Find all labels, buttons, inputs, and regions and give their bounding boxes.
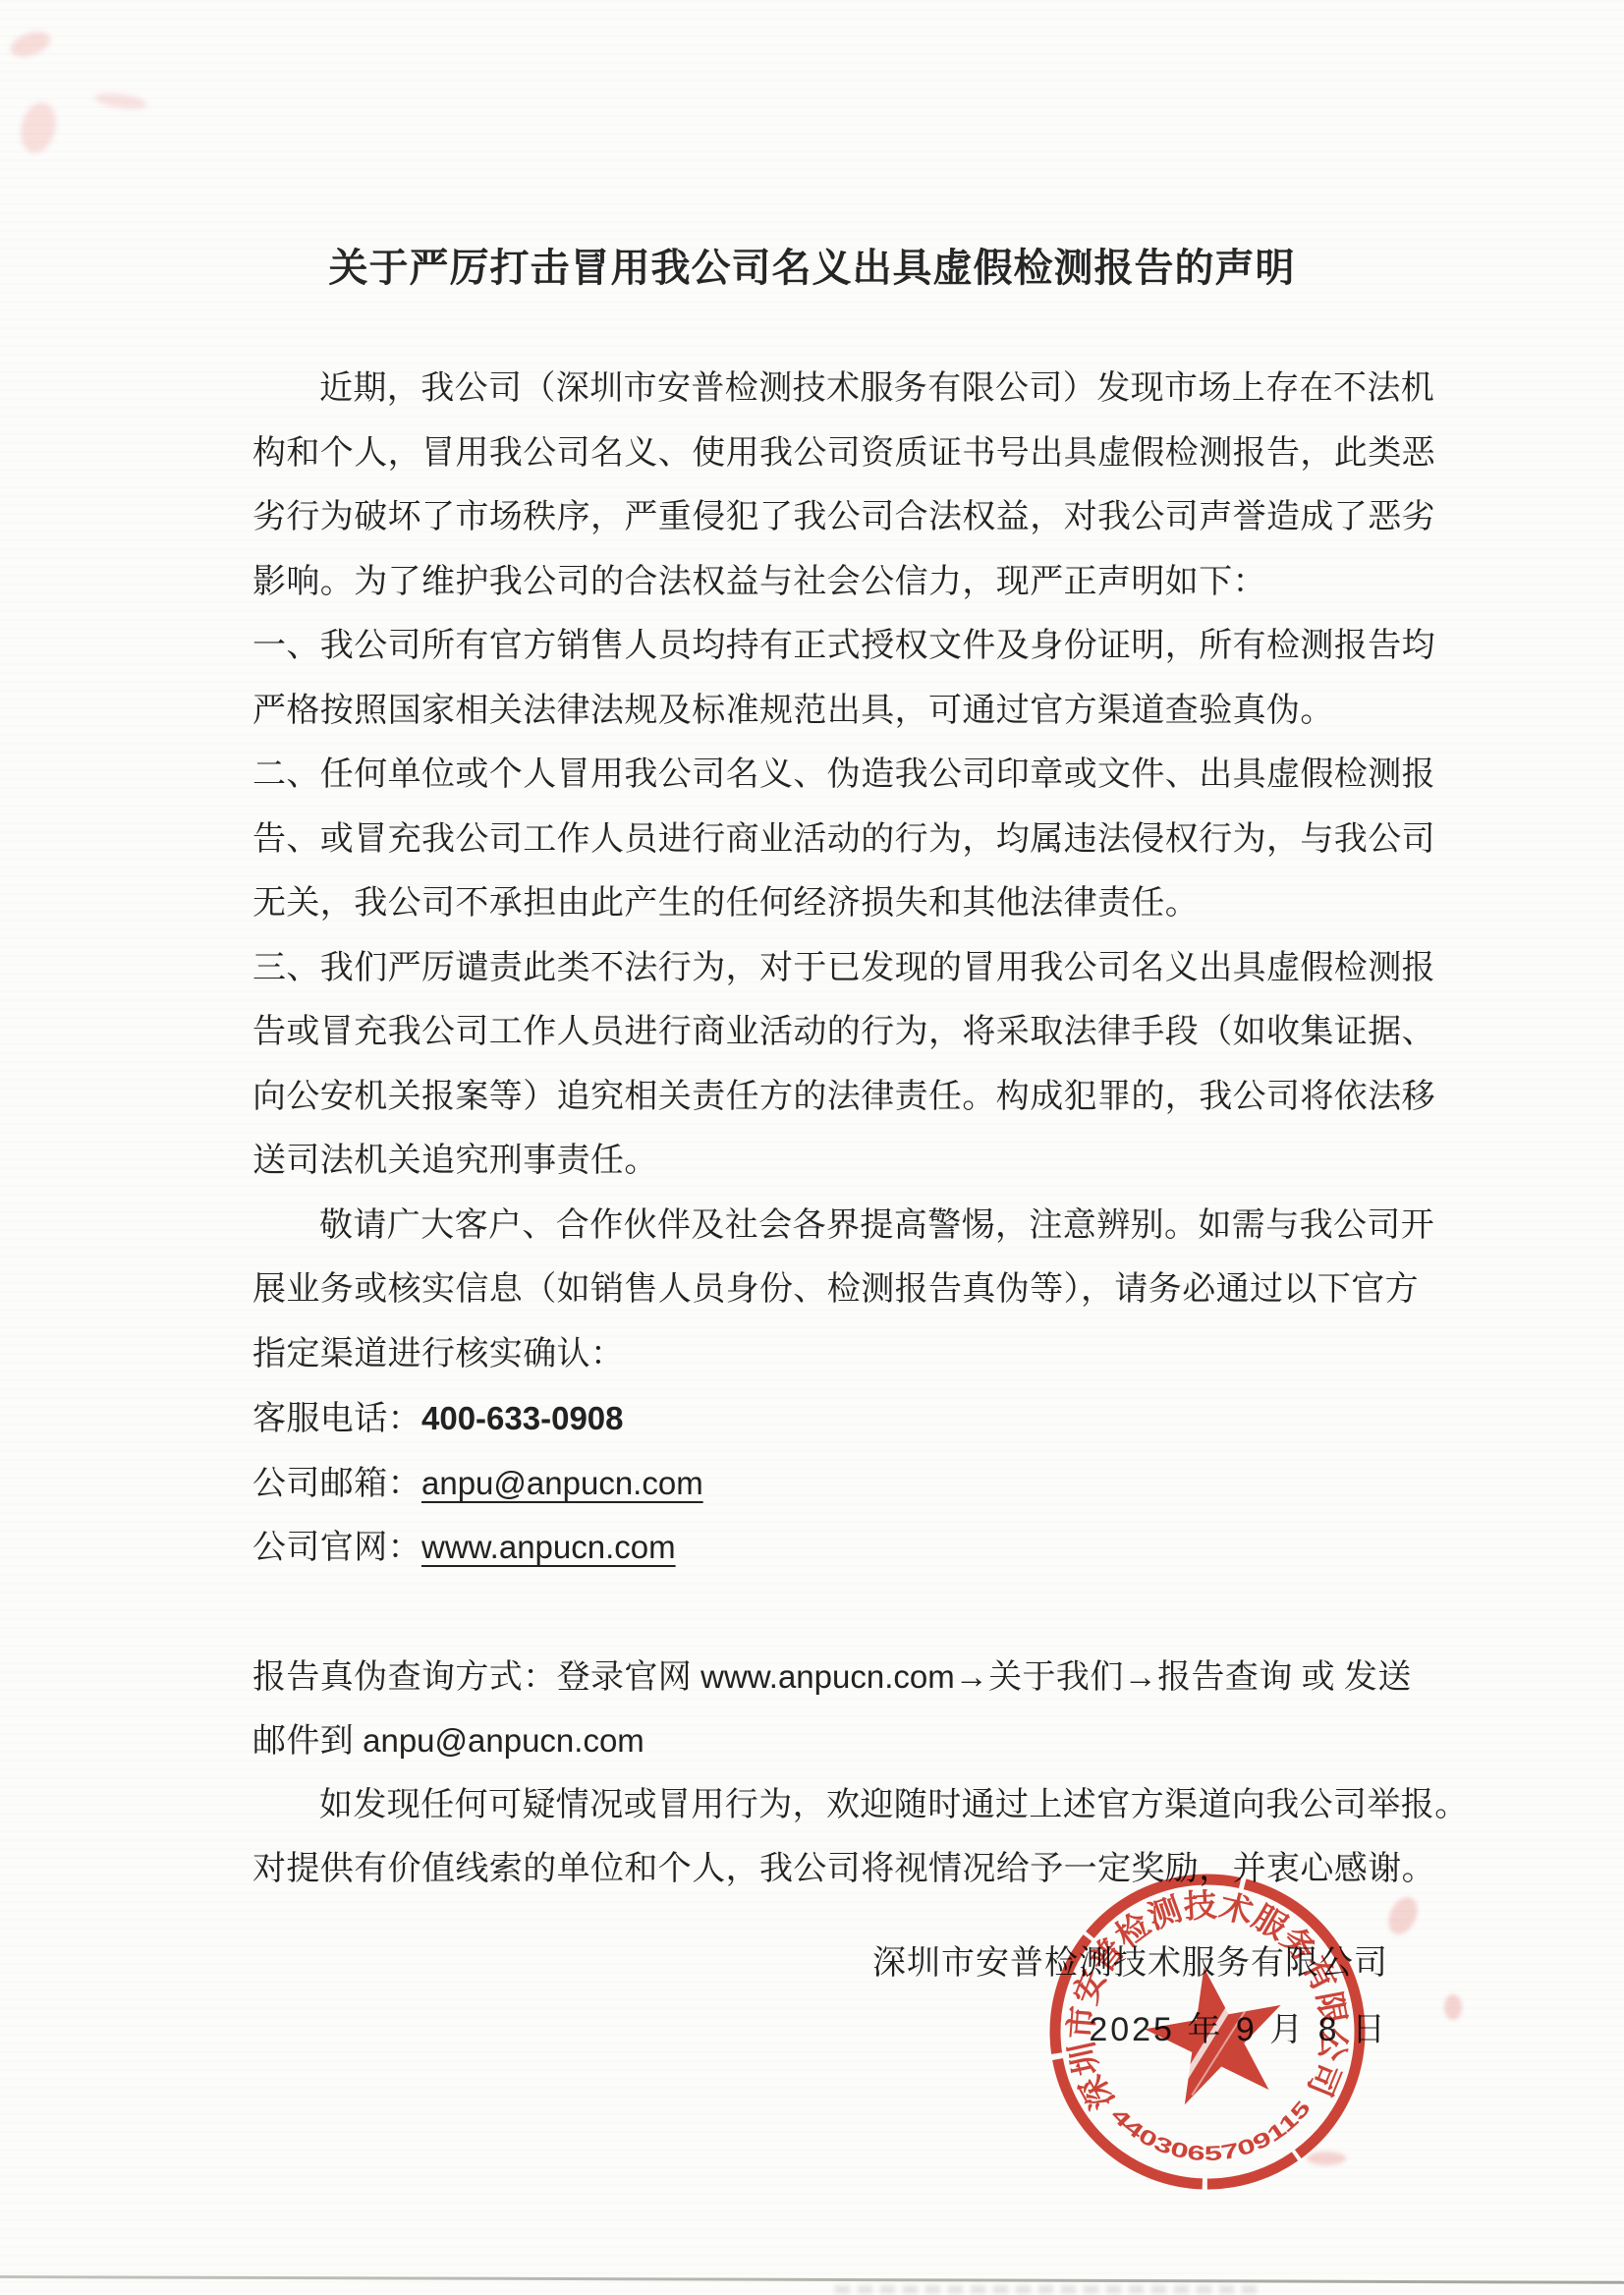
text-line: 影响。为了维护我公司的合法权益与社会公信力，现严正声明如下： — [252, 550, 1481, 615]
document-body: 近期，我公司（深圳市安普检测技术服务有限公司）发现市场上存在不法机 构和个人，冒… — [252, 357, 1481, 1902]
text-line: 对提供有价值线索的单位和个人，我公司将视情况给予一定奖励，并衷心感谢。 — [252, 1837, 1481, 1902]
text-line: 邮件到 anpu@anpucn.com — [252, 1708, 1481, 1773]
text-line: 展业务或核实信息（如销售人员身份、检测报告真伪等），请务必通过以下官方 — [252, 1258, 1481, 1322]
text-run: 一、我公司所有官方销售人员均持有正式授权文件及身份证明，所有检测报告均 — [252, 628, 1435, 664]
scan-ink-smudge — [93, 90, 147, 111]
text-line: 指定渠道进行核实确认： — [252, 1322, 1481, 1387]
text-line: 送司法机关追究刑事责任。 — [252, 1129, 1481, 1194]
text-line: 公司邮箱：anpu@anpucn.com — [252, 1451, 1481, 1516]
text-line: 告或冒充我公司工作人员进行商业活动的行为，将采取法律手段（如收集证据、 — [252, 1000, 1481, 1065]
text-run: 告或冒充我公司工作人员进行商业活动的行为，将采取法律手段（如收集证据、 — [252, 1014, 1435, 1050]
scan-ghost-marks — [835, 2285, 1258, 2294]
text-line: 公司官网：www.anpucn.com — [252, 1515, 1481, 1580]
text-run: 影响。为了维护我公司的合法权益与社会公信力，现严正声明如下： — [252, 564, 1266, 600]
text-run: 向公安机关报案等）追究相关责任方的法律责任。构成犯罪的，我公司将依法移 — [252, 1079, 1435, 1115]
text-line: 报告真伪查询方式：登录官网 www.anpucn.com→关于我们→报告查询 或… — [252, 1645, 1481, 1709]
text-line: 如发现任何可疑情况或冒用行为，欢迎随时通过上述官方渠道向我公司举报。 — [252, 1773, 1481, 1838]
text-run: 邮件到 — [252, 1723, 363, 1760]
text-run: 无关，我公司不承担由此产生的任何经济损失和其他法律责任。 — [252, 885, 1199, 922]
text-run: 三、我们严厉谴责此类不法行为，对于已发现的冒用我公司名义出具虚假检测报 — [252, 950, 1435, 986]
text-line: 严格按照国家相关法律法规及标准规范出具，可通过官方渠道查验真伪。 — [252, 679, 1481, 744]
seal-number-text: 4403065709115 — [1106, 2096, 1317, 2169]
signature-block: 深圳市安普检测技术服务有限公司 2025 年 9 月 8 日 — [872, 1931, 1388, 2063]
text-run: 400-633-0908 — [421, 1400, 624, 1436]
text-line: 向公安机关报案等）追究相关责任方的法律责任。构成犯罪的，我公司将依法移 — [252, 1065, 1481, 1130]
text-run: 客服电话： — [252, 1401, 421, 1437]
text-run: www.anpucn.com — [700, 1658, 955, 1695]
scan-ink-smudge — [8, 27, 54, 61]
text-line: 客服电话：400-633-0908 — [252, 1386, 1481, 1451]
text-run: 公司官网： — [252, 1530, 421, 1566]
signature-date: 2025 年 9 月 8 日 — [872, 1996, 1388, 2063]
text-run: 报告真伪查询方式：登录官网 — [252, 1659, 700, 1696]
text-run: anpu@anpucn.com — [363, 1722, 644, 1759]
text-run: 告、或冒充我公司工作人员进行商业活动的行为，均属违法侵权行为，与我公司 — [252, 821, 1435, 858]
scan-ink-speckle — [1307, 2152, 1346, 2165]
text-run: 公司邮箱： — [252, 1466, 421, 1502]
text-run: www.anpucn.com — [421, 1529, 676, 1565]
text-line: 二、任何单位或个人冒用我公司名义、伪造我公司印章或文件、出具虚假检测报 — [252, 743, 1481, 808]
scan-ink-speckle — [1444, 1994, 1462, 2020]
text-run: →关于我们→报告查询 或 发送 — [955, 1659, 1412, 1696]
text-run: 构和个人，冒用我公司名义、使用我公司资质证书号出具虚假检测报告，此类恶 — [252, 435, 1435, 472]
text-run: 送司法机关追究刑事责任。 — [252, 1143, 658, 1179]
text-line: 构和个人，冒用我公司名义、使用我公司资质证书号出具虚假检测报告，此类恶 — [252, 421, 1481, 486]
text-line: 一、我公司所有官方销售人员均持有正式授权文件及身份证明，所有检测报告均 — [252, 614, 1481, 679]
signature-company-name: 深圳市安普检测技术服务有限公司 — [872, 1931, 1388, 1996]
text-line: 近期，我公司（深圳市安普检测技术服务有限公司）发现市场上存在不法机 — [252, 357, 1481, 421]
page-bottom-edge — [0, 2275, 1624, 2284]
text-run: 指定渠道进行核实确认： — [252, 1336, 624, 1372]
text-run: 劣行为破坏了市场秩序，严重侵犯了我公司合法权益，对我公司声誉造成了恶劣 — [252, 499, 1435, 535]
text-run: 如发现任何可疑情况或冒用行为，欢迎随时通过上述官方渠道向我公司举报。 — [319, 1787, 1469, 1823]
text-line: 三、我们严厉谴责此类不法行为，对于已发现的冒用我公司名义出具虚假检测报 — [252, 936, 1481, 1001]
text-line: 敬请广大客户、合作伙伴及社会各界提高警惕，注意辨别。如需与我公司开 — [252, 1194, 1481, 1259]
text-line: 无关，我公司不承担由此产生的任何经济损失和其他法律责任。 — [252, 871, 1481, 936]
text-run: 二、任何单位或个人冒用我公司名义、伪造我公司印章或文件、出具虚假检测报 — [252, 756, 1435, 793]
scanned-document-page: 关于严厉打击冒用我公司名义出具虚假检测报告的声明 近期，我公司（深圳市安普检测技… — [0, 0, 1624, 2295]
text-run: 展业务或核实信息（如销售人员身份、检测报告真伪等），请务必通过以下官方 — [252, 1271, 1419, 1308]
text-run: 敬请广大客户、合作伙伴及社会各界提高警惕，注意辨别。如需与我公司开 — [319, 1207, 1434, 1244]
text-run: 对提供有价值线索的单位和个人，我公司将视情况给予一定奖励，并衷心感谢。 — [252, 1851, 1435, 1887]
text-run: 近期，我公司（深圳市安普检测技术服务有限公司）发现市场上存在不法机 — [319, 370, 1434, 407]
document-title: 关于严厉打击冒用我公司名义出具虚假检测报告的声明 — [0, 245, 1624, 292]
scan-ink-smudge — [16, 99, 61, 157]
text-run: anpu@anpucn.com — [421, 1465, 703, 1501]
text-line: 告、或冒充我公司工作人员进行商业活动的行为，均属违法侵权行为，与我公司 — [252, 808, 1481, 872]
text-run: 严格按照国家相关法律法规及标准规范出具，可通过官方渠道查验真伪。 — [252, 693, 1334, 729]
text-line: 劣行为破坏了市场秩序，严重侵犯了我公司合法权益，对我公司声誉造成了恶劣 — [252, 485, 1481, 550]
